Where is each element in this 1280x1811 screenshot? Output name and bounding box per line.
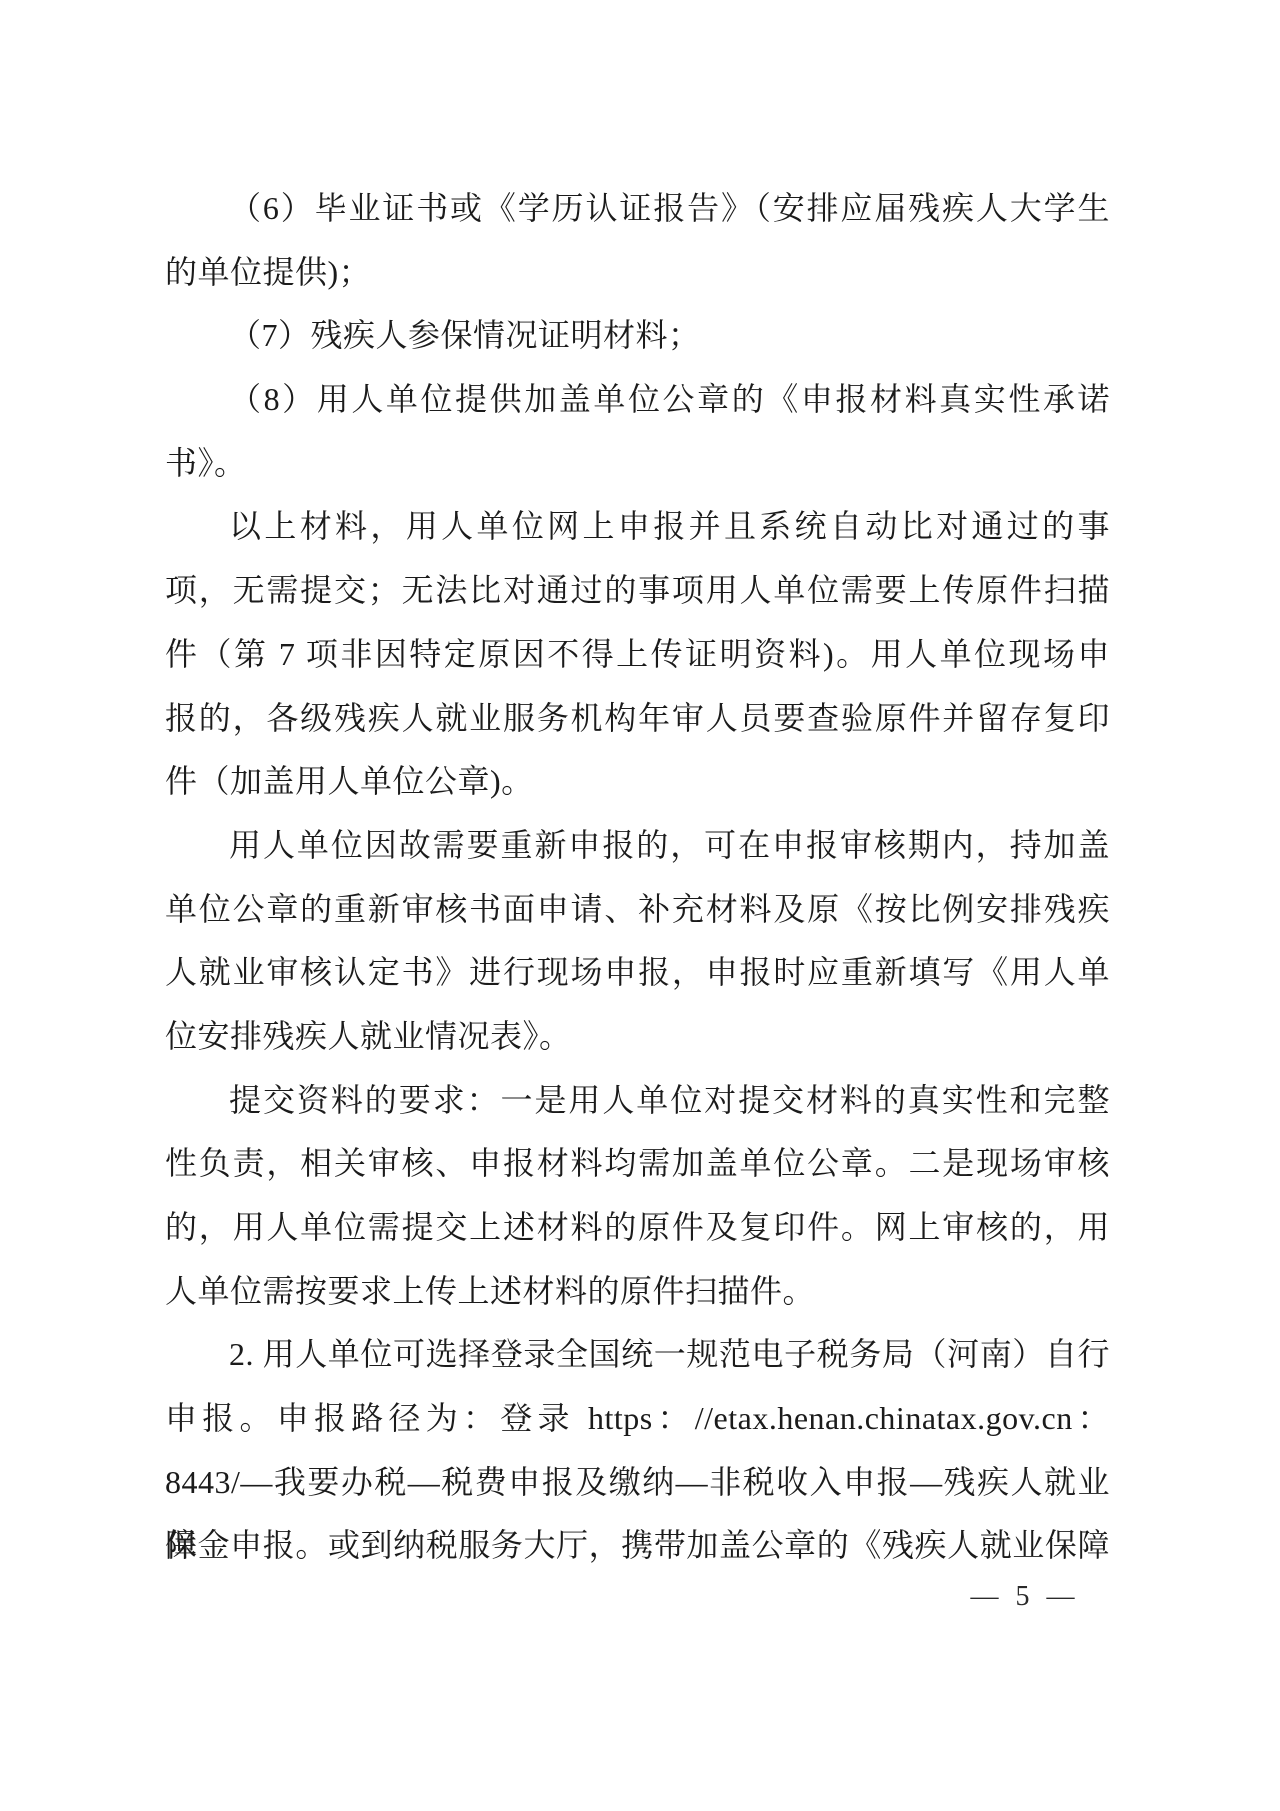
text-line: 提交资料的要求：一是用人单位对提交材料的真实性和完整	[165, 1069, 1110, 1133]
text-line: 件（加盖用人单位公章)。	[165, 750, 1110, 814]
text-line: 报的，各级残疾人就业服务机构年审人员要查验原件并留存复印	[165, 687, 1110, 751]
text-line: 以上材料，用人单位网上申报并且系统自动比对通过的事	[165, 495, 1110, 559]
text-line: 项，无需提交；无法比对通过的事项用人单位需要上传原件扫描	[165, 559, 1110, 623]
body-text: （6）毕业证书或《学历认证报告》（安排应届残疾人大学生的单位提供)；（7）残疾人…	[165, 177, 1110, 1578]
text-line: 单位公章的重新审核书面申请、补充材料及原《按比例安排残疾	[165, 878, 1110, 942]
text-line: （8）用人单位提供加盖单位公章的《申报材料真实性承诺	[165, 368, 1110, 432]
text-line: 位安排残疾人就业情况表》。	[165, 1005, 1110, 1069]
text-line: 申报。申报路径为：登录 https：//etax.henan.chinatax.…	[165, 1387, 1110, 1451]
text-line: 的单位提供)；	[165, 241, 1110, 305]
text-line: 件（第 7 项非因特定原因不得上传证明资料)。用人单位现场申	[165, 623, 1110, 687]
text-line: （6）毕业证书或《学历认证报告》（安排应届残疾人大学生	[165, 177, 1110, 241]
text-line: 用人单位因故需要重新申报的，可在申报审核期内，持加盖	[165, 814, 1110, 878]
text-line: 人就业审核认定书》进行现场申报，申报时应重新填写《用人单	[165, 941, 1110, 1005]
text-line: 8443/—我要办税—税费申报及缴纳—非税收入申报—残疾人就业保	[165, 1451, 1110, 1515]
text-line: 性负责，相关审核、申报材料均需加盖单位公章。二是现场审核	[165, 1132, 1110, 1196]
text-line: 2. 用人单位可选择登录全国统一规范电子税务局（河南）自行	[165, 1323, 1110, 1387]
page-number: — 5 —	[955, 1581, 1095, 1613]
text-line: （7）残疾人参保情况证明材料；	[165, 304, 1110, 368]
text-line: 人单位需按要求上传上述材料的原件扫描件。	[165, 1260, 1110, 1324]
text-line: 的，用人单位需提交上述材料的原件及复印件。网上审核的，用	[165, 1196, 1110, 1260]
text-line: 障金申报。或到纳税服务大厅，携带加盖公章的《残疾人就业保障	[165, 1514, 1110, 1578]
text-line: 书》。	[165, 432, 1110, 496]
document-page: （6）毕业证书或《学历认证报告》（安排应届残疾人大学生的单位提供)；（7）残疾人…	[0, 0, 1280, 1811]
